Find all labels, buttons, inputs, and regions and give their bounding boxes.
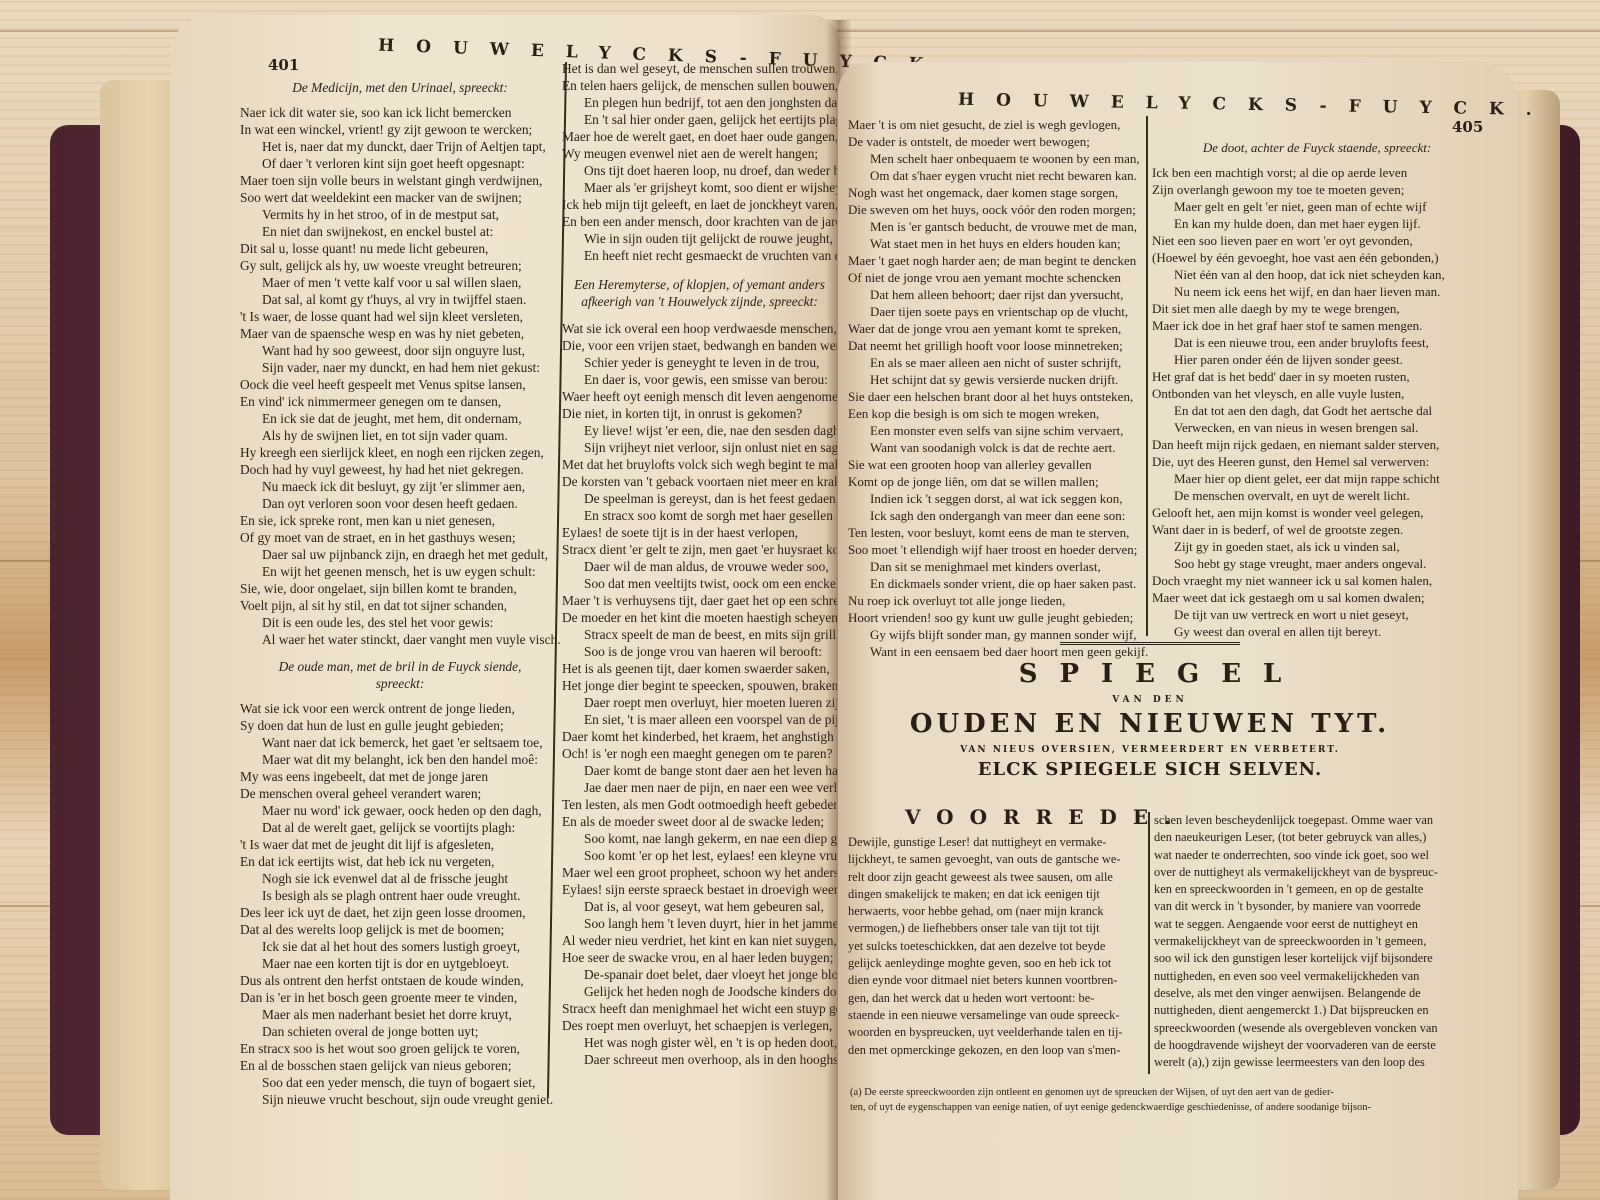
- text-line: dingen smakelijck te maken; en dat ick e…: [848, 886, 1148, 903]
- text-line: relt door zijn geacht geweest als twee s…: [848, 869, 1148, 886]
- text-line: Daer tijen soete pays en vrientschap op …: [848, 303, 1148, 320]
- speaker-heading: Een Heremyterse, of klopjen, of yemant a…: [562, 276, 837, 310]
- text-line: Jae daer men naer de pijn, en naer een w…: [562, 779, 837, 796]
- text-line: Nu maeck ick dit besluyt, gy zijt 'er sl…: [240, 478, 560, 495]
- title-van-den: VAN DEN: [900, 695, 1400, 705]
- text-line: Dat al des werelts loop gelijck is met d…: [240, 921, 560, 938]
- text-line: Soo moet 't ellendigh wijf haer troost e…: [848, 541, 1148, 558]
- speaker-heading: De doot, achter de Fuyck staende, spreec…: [1152, 139, 1482, 156]
- title-ouden-en-nieuwen-tyt: OUDEN EN NIEUWEN TYT.: [900, 709, 1400, 739]
- text-line: Om dat s'haer eygen vrucht niet recht be…: [848, 167, 1148, 184]
- page-number-left: 401: [268, 56, 299, 74]
- text-line: Maer als 'er grijsheyt komt, soo dient e…: [562, 179, 837, 196]
- text-line: Die niet, in korten tijt, in onrust is g…: [562, 405, 837, 422]
- text-line: Nogh sie ick evenwel dat al de frissche …: [240, 870, 560, 887]
- text-line: dien eynde voor ditmael niet beters kunn…: [848, 972, 1148, 989]
- text-line: soo wil ick den gunstigen leser kortelij…: [1154, 950, 1484, 967]
- text-line: nuttigheden, en even soo veel vermakelij…: [1154, 968, 1484, 985]
- text-line: Maer 't is verhuysens tijt, daer gaet he…: [562, 592, 837, 609]
- right-page-column-2: De doot, achter de Fuyck staende, spreec…: [1152, 136, 1482, 640]
- text-line: Dat is een nieuwe trou, een ander bruylo…: [1152, 334, 1482, 351]
- text-line: 't Is waer, de losse quant had wel sijn …: [240, 308, 560, 325]
- text-line: Vermits hy in het stroo, of in de mestpu…: [240, 206, 560, 223]
- section-title: SPIEGEL VAN DEN OUDEN EN NIEUWEN TYT. VA…: [900, 642, 1400, 780]
- text-line: Sijn vrijheyt niet verloor, sijn onlust …: [562, 439, 837, 456]
- text-line: Niet een soo lieven paer en wort 'er oyt…: [1152, 232, 1482, 249]
- text-line: Want had hy soo geweest, door sijn onguy…: [240, 342, 560, 359]
- text-line: Daer komt de bange stont daer aen het le…: [562, 762, 837, 779]
- footnote: (a) De eerste spreeckwoorden zijn ontlee…: [850, 1085, 1490, 1115]
- text-line: Soo komt 'er op het lest, eylaes! een kl…: [562, 847, 837, 864]
- text-line: Maer als men naderhant besiet het dorre …: [240, 1006, 560, 1023]
- text-line: Dat hem alleen behoort; daer rijst dan y…: [848, 286, 1148, 303]
- verse-block: Maer 't is om niet gesucht, de ziel is w…: [848, 116, 1148, 660]
- text-line: Indien ick 't seggen dorst, al wat ick s…: [848, 490, 1148, 507]
- text-line: Men is 'er gantsch beducht, de vrouwe me…: [848, 218, 1148, 235]
- text-line: Die, uyt des Heeren gunst, den Hemel sal…: [1152, 453, 1482, 470]
- text-line: Dat al de werelt gaet, gelijck se voorti…: [240, 819, 560, 836]
- speaker-heading: De oude man, met de bril in de Fuyck sie…: [240, 658, 560, 692]
- text-line: Soo wert dat weeldekint een macker van d…: [240, 189, 560, 206]
- text-line: Met dat het bruylofts volck sich wegh be…: [562, 456, 837, 473]
- text-line: Dat neemt het grilligh hooft voor loose …: [848, 337, 1148, 354]
- verse-block: Het is dan wel geseyt, de menschen sulle…: [562, 60, 837, 264]
- text-line: Wat sie ick voor een werck ontrent de jo…: [240, 700, 560, 717]
- text-line: En sie, ick spreke ront, men kan u niet …: [240, 512, 560, 529]
- text-line: Stracx speelt de man de beest, en mits s…: [562, 626, 837, 643]
- text-line: Doch vraeght my niet wanneer ick u sal k…: [1152, 572, 1482, 589]
- text-line: Zijn overlangh gewoon my toe te moeten g…: [1152, 181, 1482, 198]
- text-line: Ons tijt doet haeren loop, nu droef, dan…: [562, 162, 837, 179]
- text-line: Stracx dient 'er gelt te zijn, men gaet …: [562, 541, 837, 558]
- text-line: Sijn nieuwe vrucht beschout, sijn oude v…: [240, 1091, 560, 1108]
- text-line: Het is dan wel geseyt, de menschen sulle…: [562, 60, 837, 77]
- text-line: Och! is 'er nogh een maeght genegen om t…: [562, 745, 837, 762]
- title-subtitle: VAN NIEUS OVERSIEN, VERMEERDERT EN VERBE…: [900, 745, 1400, 755]
- text-line: En stracx soo is het wout soo groen geli…: [240, 1040, 560, 1057]
- text-line: Het is, naer dat my dunckt, daer Trijn o…: [240, 138, 560, 155]
- text-line: lijckheyt, te samen gevoeght, van outs d…: [848, 851, 1148, 868]
- text-line: Verwecken, en van nieus in wesen brengen…: [1152, 419, 1482, 436]
- text-line: 't Is waer dat met de jeught dit lijf is…: [240, 836, 560, 853]
- text-line: En vind' ick nimmermeer genegen om te da…: [240, 393, 560, 410]
- text-line: Soo hebt gy stage vreught, maer anders o…: [1152, 555, 1482, 572]
- text-line: Het schijnt dat sy gewis versierde nucke…: [848, 371, 1148, 388]
- text-line: Doch had hy vuyl geweest, hy had het nie…: [240, 461, 560, 478]
- text-line: Daer sal uw pijnbanck zijn, en draegh he…: [240, 546, 560, 563]
- text-line: Daer wil de man aldus, de vrouwe weder s…: [562, 558, 837, 575]
- text-line: Sy doen dat hun de lust en gulle jeught …: [240, 717, 560, 734]
- text-line: Maer nu word' ick gewaer, oock heden op …: [240, 802, 560, 819]
- text-line: En dat tot aen den dagh, dat Godt het ae…: [1152, 402, 1482, 419]
- text-line: spreeckwoorden (wesende als overgebleven…: [1154, 1020, 1484, 1037]
- text-line: Ontbonden van het vleysch, en alle vuyle…: [1152, 385, 1482, 402]
- text-line: Ick sie dat al het hout des somers lusti…: [240, 938, 560, 955]
- verse-block: Wat sie ick overal een hoop verdwaesde m…: [562, 320, 837, 1068]
- text-line: Nogh wast het ongemack, daer komen stage…: [848, 184, 1148, 201]
- text-line: herwaerts, voor hebbe gehad, om (naer mi…: [848, 903, 1148, 920]
- text-line: werelt (a),) zijn gewisse leermeesters v…: [1154, 1054, 1484, 1071]
- text-line: Des leer ick uyt de daet, het zijn geen …: [240, 904, 560, 921]
- text-line: Maer van de spaensche wesp en was hy nie…: [240, 325, 560, 342]
- text-line: Die, voor een vrijen staet, bedwangh en …: [562, 337, 837, 354]
- text-line: Soo langh hem 't leven duyrt, hier in he…: [562, 915, 837, 932]
- text-line: den naeukeurigen Leser, (tot beter gebru…: [1154, 829, 1484, 846]
- text-line: Nu neem ick eens het wijf, en dan haer l…: [1152, 283, 1482, 300]
- text-line: En als se maer alleen aen nicht of suste…: [848, 354, 1148, 371]
- text-line: Ten lesten, als men Godt ootmoedigh heef…: [562, 796, 837, 813]
- text-line: En ben een ander mensch, door krachten v…: [562, 213, 837, 230]
- text-line: De moeder en het kint die moeten haestig…: [562, 609, 837, 626]
- text-line: deselve, als met den vinger aenwijsen. B…: [1154, 985, 1484, 1002]
- text-line: Soo dat men veeltijts twist, oock om een…: [562, 575, 837, 592]
- text-line: ten, of uyt de eygenschappen van eenige …: [850, 1100, 1490, 1115]
- text-line: Dit sal u, losse quant! nu mede licht ge…: [240, 240, 560, 257]
- text-line: Maer 't is om niet gesucht, de ziel is w…: [848, 116, 1148, 133]
- text-line: Gelooft het, aen mijn komst is wonder ve…: [1152, 504, 1482, 521]
- text-line: En heeft niet recht gesmaeckt de vruchte…: [562, 247, 837, 264]
- text-line: Eylaes! sijn eerste spraeck bestaet in d…: [562, 881, 837, 898]
- text-line: De tijt van uw vertreck en wort u niet g…: [1152, 606, 1482, 623]
- text-line: de hoogdravende wijsheyt der voorvaderen…: [1154, 1037, 1484, 1054]
- text-line: over de nuttigheyt als vermakelijckheyt …: [1154, 864, 1484, 881]
- text-line: wat naeder te onderrechten, soo vinde ic…: [1154, 847, 1484, 864]
- text-line: Waer heeft oyt eenigh mensch dit leven a…: [562, 388, 837, 405]
- text-line: En daer is, voor gewis, een smisse van b…: [562, 371, 837, 388]
- text-line: Stracx heeft dan menighmael het wicht ee…: [562, 1000, 837, 1017]
- text-line: En dickmaels sonder vrient, die op haer …: [848, 575, 1148, 592]
- text-line: Al waer het water stinckt, daer vanght m…: [240, 631, 560, 648]
- text-line: Want naer dat ick bemerck, het gaet 'er …: [240, 734, 560, 751]
- text-line: En wijt het geenen mensch, het is uw eyg…: [240, 563, 560, 580]
- text-line: En siet, 't is maer alleen een voorspel …: [562, 711, 837, 728]
- column-rule: [1146, 116, 1148, 636]
- voorrede-column-1: Dewijle, gunstige Leser! dat nuttigheyt …: [848, 834, 1148, 1059]
- text-line: Maer 't gaet nogh harder aen; de man beg…: [848, 252, 1148, 269]
- text-line: Dan is 'er in het bosch geen groente mee…: [240, 989, 560, 1006]
- text-line: Hier paren onder één de lijven sonder ge…: [1152, 351, 1482, 368]
- text-line: Oock die veel heeft gespeelt met Venus s…: [240, 376, 560, 393]
- text-line: Soo is de jonge vrou van haeren wil bero…: [562, 643, 837, 660]
- right-page-column-1: Maer 't is om niet gesucht, de ziel is w…: [848, 116, 1148, 660]
- text-line: Het jonge dier begint te speecken, spouw…: [562, 677, 837, 694]
- text-line: Maer toen sijn volle beurs in welstant g…: [240, 172, 560, 189]
- text-line: Niet één van al den hoop, dat ick niet s…: [1152, 266, 1482, 283]
- text-line: Ick heb mijn tijt geleeft, en laet de jo…: [562, 196, 837, 213]
- text-line: En al de bosschen staen gelijck van nieu…: [240, 1057, 560, 1074]
- text-line: Sie wat een grooten hoop van allerley ge…: [848, 456, 1148, 473]
- text-line: Wie in sijn ouden tijt gelijckt de rouwe…: [562, 230, 837, 247]
- text-line: Nu roep ick overluyt tot alle jonge lied…: [848, 592, 1148, 609]
- text-line: Sie daer een helschen brant door al het …: [848, 388, 1148, 405]
- text-line: Daer schreeut men overhoop, als in den h…: [562, 1051, 837, 1068]
- title-spiegel: SPIEGEL: [900, 659, 1400, 689]
- text-line: Of gy moet van de straet, en in het gast…: [240, 529, 560, 546]
- text-line: (Hoewel by één gevoeght, hoe vast aen éé…: [1152, 249, 1482, 266]
- text-line: Maer ick doe in het graf haer stof te sa…: [1152, 317, 1482, 334]
- verse-block: Wat sie ick voor een werck ontrent de jo…: [240, 700, 560, 1108]
- text-line: Hoe seer de swacke vrou, en al haer lede…: [562, 949, 837, 966]
- text-line: Ten lesten, voor besluyt, komt eens de m…: [848, 524, 1148, 541]
- text-line: Dewijle, gunstige Leser! dat nuttigheyt …: [848, 834, 1148, 851]
- text-line: Want van soodanigh volck is dat de recht…: [848, 439, 1148, 456]
- text-line: De vader is ontstelt, de moeder wert bew…: [848, 133, 1148, 150]
- text-line: staende in een nieuwe versamelinge van o…: [848, 1007, 1148, 1024]
- verse-block: Naer ick dit water sie, soo kan ick lich…: [240, 104, 560, 648]
- title-rule: [1060, 642, 1240, 647]
- text-line: Want daer in is bederf, of wel de groots…: [1152, 521, 1482, 538]
- text-line: De speelman is gereyst, dan is het feest…: [562, 490, 837, 507]
- text-line: (a) De eerste spreeckwoorden zijn ontlee…: [850, 1085, 1490, 1100]
- text-line: En kan my hulde doen, dan met haer eygen…: [1152, 215, 1482, 232]
- text-line: Het graf dat is het bedd' daer in sy moe…: [1152, 368, 1482, 385]
- text-line: Dan schieten overal de jonge botten uyt;: [240, 1023, 560, 1040]
- text-line: vermakelijckheyt van de spreeckwoorden i…: [1154, 933, 1484, 950]
- text-line: Voelt pijn, al sit hy stil, en dat tot s…: [240, 597, 560, 614]
- text-line: De menschen overal geheel verandert ware…: [240, 785, 560, 802]
- text-line: Gy sult, gelijck als hy, uw woeste vreug…: [240, 257, 560, 274]
- speaker-heading: De Medicijn, met den Urinael, spreeckt:: [240, 79, 560, 96]
- text-line: Zijt gy in goeden staet, als ick u vinde…: [1152, 538, 1482, 555]
- text-line: Men schelt haer onbequaem te woonen by e…: [848, 150, 1148, 167]
- text-line: Gy weest dan overal en allen tijt bereyt…: [1152, 623, 1482, 640]
- text-line: Of niet de jonge vrou aen yemant mochte …: [848, 269, 1148, 286]
- text-line: Een kop die besigh is om sich te mogen w…: [848, 405, 1148, 422]
- text-line: En stracx soo komt de sorgh met haer ges…: [562, 507, 837, 524]
- text-line: Maer weet dat ick gestaegh om u sal kome…: [1152, 589, 1482, 606]
- text-line: Maer wat dit my belanght, ick ben den ha…: [240, 751, 560, 768]
- text-line: nuttigheden, dient aengemerckt 1.) Dat b…: [1154, 1002, 1484, 1019]
- column-rule: [1148, 812, 1150, 1074]
- text-line: Dan heeft mijn rijck gedaen, en niemant …: [1152, 436, 1482, 453]
- text-line: schen leven bescheydenlijck toegepast. O…: [1154, 812, 1484, 829]
- text-line: Het is als geenen tijt, daer komen swaer…: [562, 660, 837, 677]
- text-line: vermogen,) de liefhebbers onser tale van…: [848, 920, 1148, 937]
- text-line: En ick sie dat de jeught, met hem, dit o…: [240, 410, 560, 427]
- text-line: den met opmerckinge gekozen, en den loop…: [848, 1042, 1148, 1059]
- text-line: Ick ben een machtigh vorst; al die op ae…: [1152, 164, 1482, 181]
- text-line: Maer wel een groot propheet, schoon wy h…: [562, 864, 837, 881]
- text-line: Is besigh als se plagh ontrent haer oude…: [240, 887, 560, 904]
- text-line: En dat ick eertijts wist, dat heb ick nu…: [240, 853, 560, 870]
- text-line: Dus als ontrent den herfst ontstaen de k…: [240, 972, 560, 989]
- text-line: Naer ick dit water sie, soo kan ick lich…: [240, 104, 560, 121]
- text-line: Komt op de jonge liên, om dat se willen …: [848, 473, 1148, 490]
- text-line: De menschen overvalt, en uyt de werelt l…: [1152, 487, 1482, 504]
- text-line: Soo komt, nae langh gekerm, en nae een d…: [562, 830, 837, 847]
- text-line: Dan sit se menighmael met kinders overla…: [848, 558, 1148, 575]
- text-line: woorden en byspreucken, uyt veelderhande…: [848, 1024, 1148, 1041]
- text-line: Sijn vader, naer my dunckt, en had hem n…: [240, 359, 560, 376]
- text-line: Dan oyt verloren soon voor desen heeft g…: [240, 495, 560, 512]
- text-line: My was eens ingebeelt, dat met de jonge …: [240, 768, 560, 785]
- text-line: Waer dat de jonge vrou aen yemant komt t…: [848, 320, 1148, 337]
- text-line: Maer of men 't vette kalf voor u sal wil…: [240, 274, 560, 291]
- text-line: Daer roept men overluyt, hier moeten lue…: [562, 694, 837, 711]
- text-line: Als hy de swijnen liet, en tot sijn vade…: [240, 427, 560, 444]
- text-line: En plegen hun bedrijf, tot aen den jongh…: [562, 94, 837, 111]
- text-line: Maer hier op dient gelet, eer dat mijn r…: [1152, 470, 1482, 487]
- voorrede-column-2: schen leven bescheydenlijck toegepast. O…: [1154, 812, 1484, 1071]
- text-line: Het was nogh gister wèl, en 't is op hed…: [562, 1034, 837, 1051]
- text-line: Ick sagh den ondergangh van meer dan een…: [848, 507, 1148, 524]
- text-line: Ey lieve! wijst 'er een, die, nae den se…: [562, 422, 837, 439]
- text-line: wat te seggen. Aengaende voor eerst de n…: [1154, 916, 1484, 933]
- text-line: Of daer 't verloren kint sijn goet heeft…: [240, 155, 560, 172]
- page-number-right: 405: [1452, 118, 1483, 136]
- text-line: En niet dan swijnekost, en enckel bustel…: [240, 223, 560, 240]
- text-line: Een monster even selfs van sijne schim v…: [848, 422, 1148, 439]
- text-line: En als de moeder sweet door al de swacke…: [562, 813, 837, 830]
- text-line: Wat sie ick overal een hoop verdwaesde m…: [562, 320, 837, 337]
- text-line: In wat een winckel, vrient! gy zijt gewo…: [240, 121, 560, 138]
- text-line: ken en spreeckwoorden in 't gemeen, en o…: [1154, 881, 1484, 898]
- text-line: Dat is, al voor geseyt, wat hem gebeuren…: [562, 898, 837, 915]
- text-line: Dat sal, al komt gy t'huys, al vry in tw…: [240, 291, 560, 308]
- text-line: Maer gelt en gelt 'er niet, geen man of …: [1152, 198, 1482, 215]
- text-line: Gelijck het heden nogh de Joodsche kinde…: [562, 983, 837, 1000]
- text-line: gelijck aenleydinge moghte geven, soo en…: [848, 955, 1148, 972]
- voorrede-heading: VOORREDE.: [905, 805, 1187, 829]
- text-line: gen, dan het werck dat u heden wort vert…: [848, 990, 1148, 1007]
- text-line: Wy meugen evenwel niet aen de werelt han…: [562, 145, 837, 162]
- text-line: Schier yeder is geneyght te leven in de …: [562, 354, 837, 371]
- verse-block: Ick ben een machtigh vorst; al die op ae…: [1152, 164, 1482, 640]
- text-line: De korsten van 't geback voortaen niet m…: [562, 473, 837, 490]
- text-line: Hy kreegh een sierlijck kleet, en nogh e…: [240, 444, 560, 461]
- text-line: Dit siet men alle daegh by my te wege br…: [1152, 300, 1482, 317]
- left-page-column-2: Het is dan wel geseyt, de menschen sulle…: [562, 60, 837, 1105]
- text-line: De-spanair doet belet, daer vloeyt het j…: [562, 966, 837, 983]
- text-line: Maer nae een korten tijt is dor en uytge…: [240, 955, 560, 972]
- text-line: Hoort vrienden! soo gy kunt uw gulle jeu…: [848, 609, 1148, 626]
- text-line: Maer hoe de werelt gaet, en doet haer ou…: [562, 128, 837, 145]
- text-line: Die sweven om het huys, oock vóór den ro…: [848, 201, 1148, 218]
- text-line: Daer komt het kinderbed, het kraem, het …: [562, 728, 837, 745]
- title-motto: ELCK SPIEGELE SICH SELVEN.: [900, 759, 1400, 780]
- text-line: Dit is een oude les, des stel het voor g…: [240, 614, 560, 631]
- text-line: En 't sal hier onder gaen, gelijck het e…: [562, 111, 837, 128]
- text-line: Eylaes! de soete tijt is in der haest ve…: [562, 524, 837, 541]
- text-line: Gy wijfs blijft sonder man, gy mannen so…: [848, 626, 1148, 643]
- left-page-column-1: De Medicijn, met den Urinael, spreeckt: …: [240, 76, 560, 1108]
- text-line: Al weder nieu verdriet, het kint en kan …: [562, 932, 837, 949]
- text-line: Wat staet men in het huys en elders houd…: [848, 235, 1148, 252]
- text-line: Des roept men overluyt, het schaepjen is…: [562, 1017, 837, 1034]
- text-line: van dit werck in 't bysonder, by maniere…: [1154, 898, 1484, 915]
- text-line: En telen haers gelijck, de menschen sull…: [562, 77, 837, 94]
- text-line: Sie, wie, door ongelaet, sijn billen kom…: [240, 580, 560, 597]
- text-line: yet sulcks toeteschickken, dat aen dezel…: [848, 938, 1148, 955]
- text-line: Soo dat een yeder mensch, die tuyn of bo…: [240, 1074, 560, 1091]
